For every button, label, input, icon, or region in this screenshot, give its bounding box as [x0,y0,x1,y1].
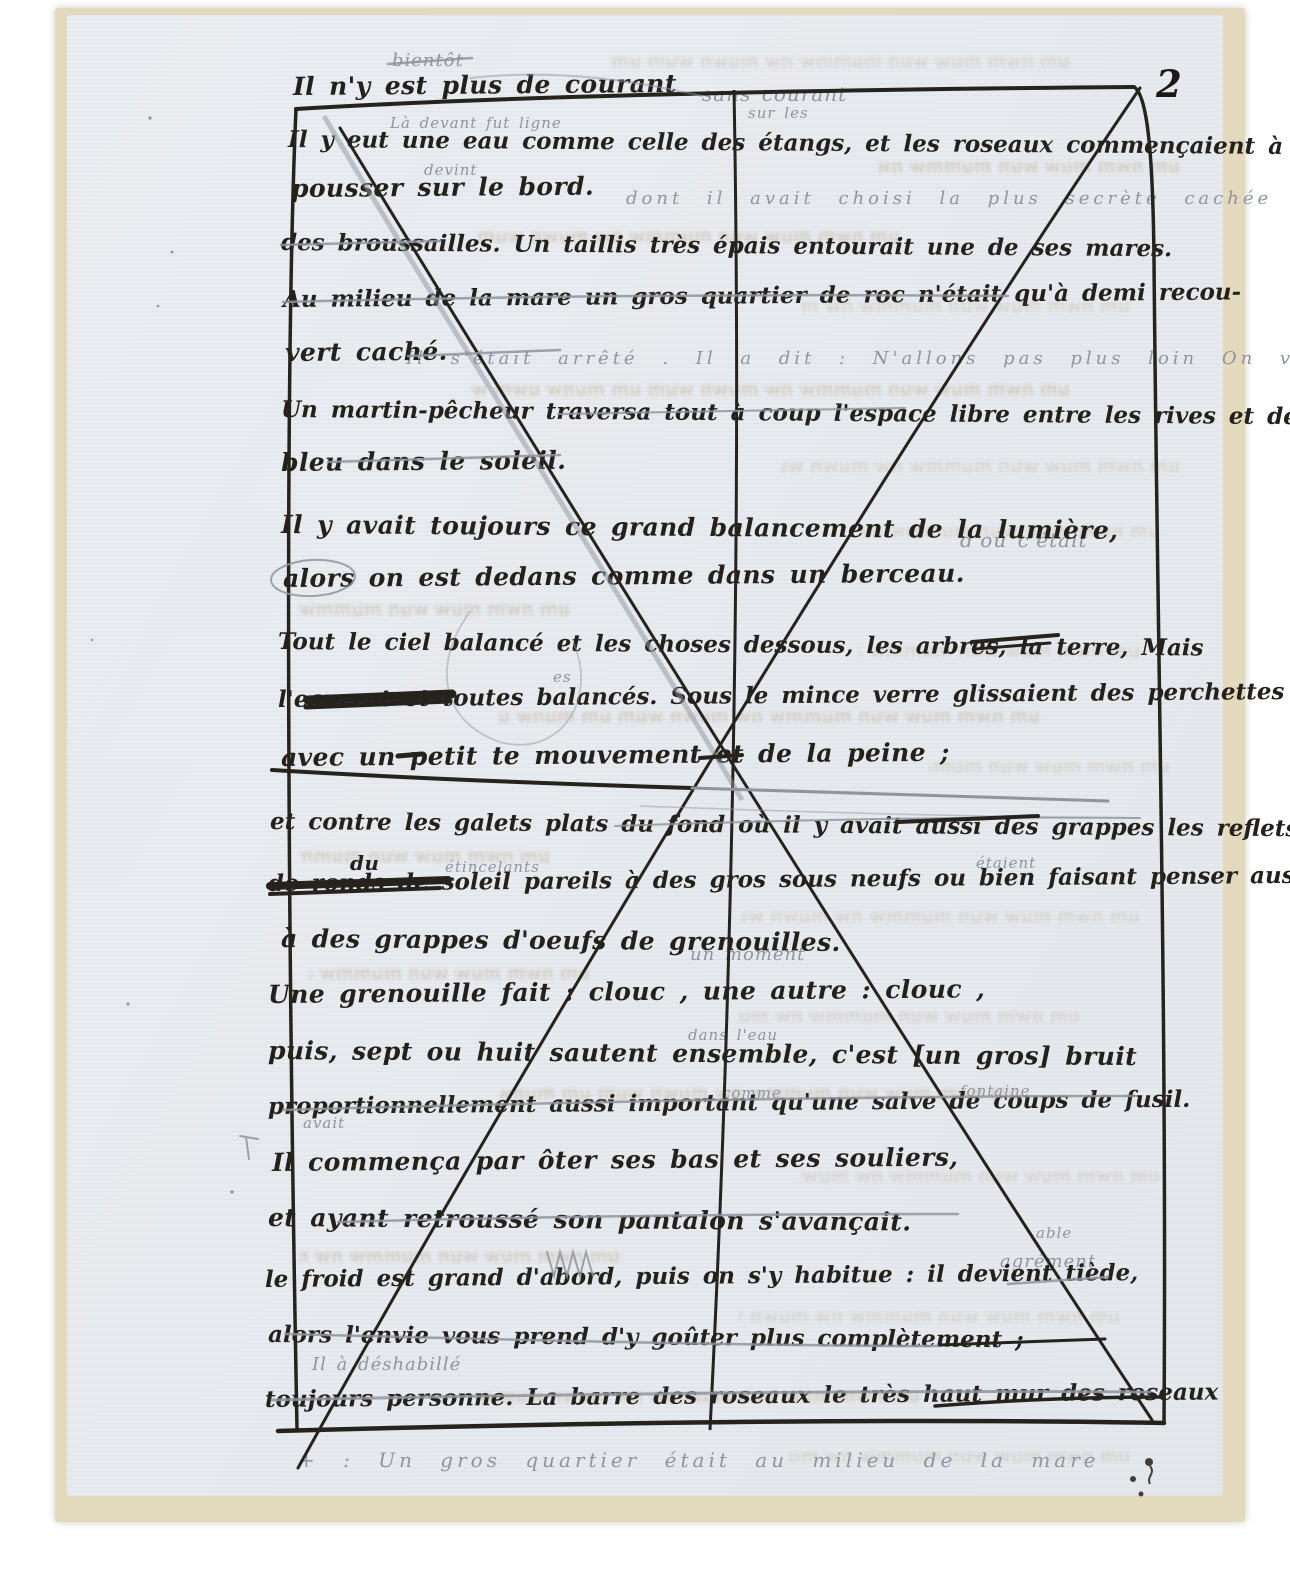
manuscript-line: Un martin-pêcheur traversa tout à coup l… [281,398,1290,428]
manuscript-line: et contre les galets plats du fond où il… [270,810,1290,840]
manuscript-line: puis, sept ou huit sautent ensemble, c'e… [268,1038,1137,1069]
manuscript-line: des broussailles. Un taillis très épais … [281,231,1172,260]
manuscript-line: Il y avait toujours ce grand balancement… [281,512,1119,543]
pencil-annotation: able [1036,1226,1072,1241]
manuscript-line: bleu dans le soleil. [281,448,567,475]
manuscript-line: Il y eut une eau comme celle des étangs,… [288,128,1283,158]
manuscript-line: Tout le ciel balancé et les choses desso… [278,630,1204,659]
pencil-annotation: Il à déshabillé [312,1356,461,1374]
manuscript-line: à des grappes d'oeufs de grenouilles. [281,926,841,955]
manuscript-line: Il commença par ôter ses bas et ses soul… [272,1145,959,1175]
pencil-annotation: Il s'était arrêté . Il a dit : N'allons … [406,350,1290,368]
manuscript-line: proportionnellement aussi important qu'u… [268,1088,1190,1118]
manuscript-line: avec un petit te mouvement et de la pein… [281,740,950,770]
manuscript-line: et ayant retroussé son pantalon s'avança… [268,1205,912,1234]
manuscript-line: alors on est dedans comme dans un bercea… [283,561,965,591]
manuscript-line: alors l'envie vous prend d'y goûter plus… [268,1323,1024,1351]
manuscript-scan: um nwm muw wun mummw nw muwn wum um munw… [0,0,1290,1590]
pencil-annotation: bientôt [392,52,464,70]
manuscript-line: Il n'y est plus de courant [293,71,677,99]
manuscript-line: toujours personne. La barre des roseaux … [265,1381,1218,1411]
manuscript-line: vert caché. [285,339,448,365]
manuscript-line: pousser sur le bord. [291,174,594,201]
pencil-annotation: + : Un gros quartier était au milieu de … [298,1450,1100,1470]
page-number: 2 [1156,66,1182,103]
pencil-annotation: sans courant [702,84,847,104]
manuscript-line: Au milieu de la mare un gros quartier de… [283,280,1241,311]
manuscript-line: le froid est grand d'abord, puis on s'y … [265,1261,1138,1291]
manuscript-line: Une grenouille fait : clouc , une autre … [268,976,985,1007]
pencil-annotation: dont il avait choisi la plus secrète cac… [626,190,1290,208]
pencil-annotation: sur les [748,106,809,121]
